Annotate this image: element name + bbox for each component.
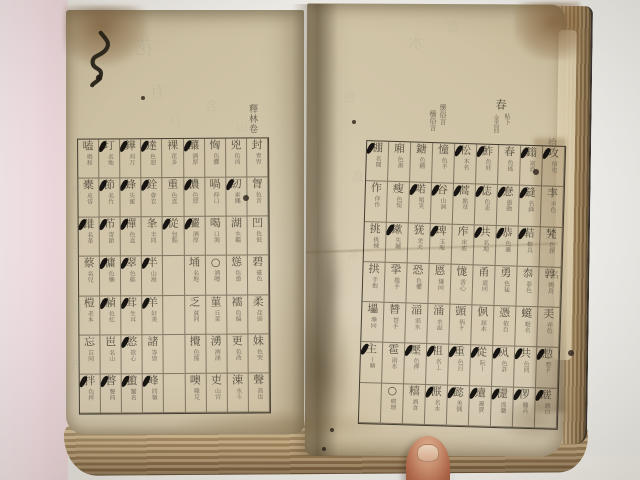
entry-cell: 作佯作	[365, 181, 388, 222]
entry-char: 攪	[190, 336, 201, 348]
entry-gloss: 色懼	[414, 277, 421, 298]
entry-gloss: 依自	[501, 320, 508, 341]
entry-gloss: 唱笑	[416, 197, 423, 218]
entry-cell: 吏山官	[206, 373, 227, 412]
entry-gloss: 色押	[412, 358, 419, 379]
entry-cell: 㭝色探	[540, 227, 563, 268]
entry-gloss: 硴色	[255, 270, 261, 291]
entry-cell	[164, 295, 185, 334]
entry-cell: 共色同	[514, 347, 537, 388]
entry-gloss: 色志	[482, 199, 489, 220]
entry-cell: 節名竹	[99, 179, 120, 218]
entry-char: 忘	[84, 336, 95, 348]
entry-char: 挑	[369, 223, 380, 235]
entry-cell: 達色迎	[141, 139, 162, 178]
entry-gloss: 美㥥	[454, 400, 461, 421]
entry-char: 喎	[210, 179, 221, 191]
entry-char: 丰	[547, 188, 558, 200]
entry-cell: 㥦慊同	[428, 264, 451, 305]
entry-gloss: 色紅	[107, 310, 113, 331]
entry-cell: 惷愚動	[497, 185, 520, 226]
entry-char: 蔡	[83, 258, 94, 270]
entry-gloss: 色捽	[87, 388, 93, 409]
entry-char: 吏	[211, 375, 222, 387]
entry-char: 湧	[211, 335, 222, 347]
entry-gloss: 名丄	[434, 359, 441, 380]
entry-gloss: 山官	[213, 388, 219, 409]
entry-cell	[163, 256, 184, 295]
entry-char: 䗴	[521, 308, 532, 320]
entry-char: 聲	[253, 374, 264, 386]
entry-char: 更	[232, 335, 243, 347]
entry-char: 橐	[83, 180, 94, 192]
entry-cell: 攻拾也	[542, 146, 565, 187]
entry-cell: 翠色碓	[121, 257, 142, 296]
entry-cell: 共名地	[474, 225, 497, 266]
entry-gloss: 好美	[150, 310, 156, 331]
entry-cell: 裸花多	[162, 139, 183, 178]
entry-cell: 恭色遜	[496, 226, 519, 267]
entry-gloss: 欲心	[129, 349, 135, 370]
entry-char: 作	[371, 183, 382, 195]
entry-cell: 甬道同	[472, 265, 495, 306]
entry-char: 㤶	[456, 266, 467, 278]
entry-gloss: 貧同	[192, 309, 198, 330]
entry-gloss: 木名	[462, 158, 469, 179]
entry-char: 恟	[209, 140, 220, 152]
entry-gloss: 色低	[255, 231, 261, 252]
entry-gloss: 名兒	[86, 271, 92, 292]
entry-gloss: 名地	[481, 239, 488, 260]
entry-cell: 諸等皆	[143, 335, 164, 374]
entry-cell: 鏵刈刀	[120, 139, 141, 178]
entry-gloss: 名地	[192, 270, 198, 291]
entry-char: 柔	[253, 296, 264, 308]
entry-gloss: 酒噌	[213, 270, 219, 291]
entry-char: 鎕	[416, 144, 427, 156]
entry-char: 㡸	[457, 225, 468, 237]
entry-gloss: 色搖	[506, 159, 513, 180]
entry-gloss: 色目	[456, 359, 463, 380]
entry-char: 憑	[499, 307, 510, 319]
entry-gloss: 酒厚	[191, 231, 197, 252]
entry-gloss: 酒食	[410, 398, 417, 419]
entry-gloss: 鶉鳥	[546, 281, 553, 302]
entry-cell: 㤗泰色	[516, 266, 539, 307]
gutter-shadow	[292, 4, 338, 456]
entry-gloss: 水鑑	[233, 231, 239, 252]
entry-gloss: 酒厚	[191, 153, 197, 174]
entry-cell: 雹雨氷	[382, 343, 405, 384]
entry-gloss: 山洞	[438, 198, 445, 219]
entry-char: 榿	[84, 297, 95, 309]
entry-cell	[359, 383, 382, 424]
entry-gloss: 色懼	[212, 153, 218, 174]
entry-cell: 㑩儸兵	[513, 387, 536, 428]
entry-gloss: 名竹	[107, 193, 113, 214]
entry-cell	[164, 374, 185, 413]
entry-cell: 㑉屈本	[471, 305, 494, 346]
entry-char: 嗑	[83, 141, 94, 153]
entry-gloss: 仰口	[212, 192, 218, 213]
entry-gloss: 阮丨	[478, 360, 485, 381]
entry-cell: 茸生耳	[121, 296, 142, 335]
entry-cell: 春色搖	[498, 145, 521, 186]
entry-cell: 封靑胄	[247, 138, 268, 177]
entry-cell: 蠞蟹名	[122, 374, 143, 413]
entry-cell: 拌色捽	[80, 374, 101, 413]
entry-gloss: 名閣	[374, 155, 381, 176]
entry-gloss: 香心	[458, 279, 465, 300]
entry-char: 㤗	[522, 268, 533, 280]
entry-char: 顗	[455, 306, 466, 318]
entry-cell: 凹色低	[247, 217, 268, 256]
entry-char: 胷	[252, 179, 263, 191]
entry-gloss: 色猛	[502, 280, 509, 301]
fingernail	[417, 444, 439, 462]
entry-gloss: 濁賣	[476, 400, 483, 421]
entry-cell: ○酒噌	[206, 256, 227, 295]
entry-gloss: 點草	[460, 198, 467, 219]
entry-gloss: 色迎	[149, 153, 155, 174]
entry-gloss: 失蜜	[128, 192, 134, 213]
entry-gloss: 色遜	[503, 240, 510, 261]
entry-gloss: 拾也	[550, 161, 557, 182]
entry-gloss: 色同	[522, 361, 529, 382]
entry-cell: 碧硴色	[248, 256, 269, 295]
entry-gloss: 山嵩	[149, 271, 155, 292]
entry-gloss: 色恿	[234, 270, 240, 291]
entry-cell: 慫色恿	[227, 256, 248, 295]
entry-gloss: 色凶	[233, 153, 239, 174]
entry-cell: 蹝名革	[79, 218, 100, 257]
entry-gloss: 老本	[86, 310, 92, 331]
entry-gloss: 玉瓶	[437, 238, 444, 259]
entry-char: 㴞	[411, 305, 422, 317]
entry-gloss: 吂同	[87, 349, 93, 370]
entry-cell: 㴨名水	[425, 385, 448, 426]
entry-gloss: 口渴	[212, 231, 218, 252]
entry-char: 喝	[210, 218, 221, 230]
entry-gloss: 酒白	[542, 402, 549, 423]
entry-cell: 釅酒厚	[184, 217, 205, 256]
entry-char: 甬	[478, 266, 489, 278]
entry-cell: 憧色不	[432, 143, 455, 184]
entry-char: 㥦	[434, 265, 445, 277]
entry-gloss: 名革	[86, 232, 92, 253]
entry-cell: 谷山洞	[431, 183, 454, 224]
entry-cell: 埇名地	[184, 256, 205, 295]
entry-gloss: 色直	[170, 192, 176, 213]
entry-gloss: 會衣	[149, 192, 155, 213]
entry-gloss: 水斗	[235, 387, 241, 408]
entry-char: 埇	[189, 257, 200, 269]
entry-gloss: 皮帒	[85, 193, 91, 214]
entry-char: 憧	[438, 144, 449, 156]
entry-gloss: 瞥同	[108, 388, 114, 409]
entry-gloss: 色搖	[192, 349, 198, 370]
entry-gloss: 㳿㶏	[498, 401, 505, 422]
entry-cell: 丰丰色	[541, 187, 564, 228]
entry-char: 岜	[105, 336, 116, 348]
entry-gloss: 索繩	[233, 192, 239, 213]
entry-cell: 主丨㫾	[360, 342, 383, 383]
entry-cell: 榿老本	[79, 296, 100, 335]
entry-cell: 噢嗥兒	[185, 374, 206, 413]
entry-gloss: 蟹名	[129, 388, 135, 409]
entry-gloss: 丨㫾	[368, 357, 375, 378]
entry-gloss: 生耳	[129, 310, 135, 331]
entry-char: 裸	[167, 140, 178, 152]
entry-cell: 更色改	[227, 334, 248, 373]
entry-cell: 㶎㳿㶏	[491, 387, 514, 428]
entry-gloss: 水溢	[435, 318, 442, 339]
entry-gloss: 滔水	[413, 318, 420, 339]
left-page-character-table: 嗑鳴和圢名地鏵刈刀達色迎裸花多釀酒厚恟色懼兇色凶封靑胄橐皮帒節名竹蜂失蜜銓會衣重…	[77, 137, 271, 414]
entry-char: 雹	[388, 344, 399, 356]
entry-cell: 顗㑂㣺	[449, 305, 472, 346]
entry-cell: 兇色凶	[226, 138, 247, 177]
entry-gloss: 鳴和	[85, 154, 91, 175]
entry-gloss: 色不	[440, 157, 447, 178]
entry-cell	[164, 335, 185, 374]
book-photo: 嗑鳴和圢名地鏵刈刀達色迎裸花多釀酒厚恟色懼兇色凶封靑胄橐皮帒節名竹蜂失蜜銓會衣重…	[0, 0, 640, 480]
entry-cell: 勇色猛	[494, 266, 517, 307]
entry-cell: 猐羌夫	[408, 223, 431, 264]
entry-char: 涷	[232, 374, 243, 386]
entry-gloss: 愚動	[504, 200, 511, 221]
entry-cell: 湧酒涌	[206, 334, 227, 373]
entry-gloss: 㨫手	[392, 277, 399, 298]
entry-gloss: 色探	[547, 241, 554, 262]
entry-char: 㺯	[543, 309, 554, 321]
entry-cell: 釀酒厚	[184, 139, 205, 178]
entry-char: 廂	[394, 143, 405, 155]
entry-gloss: 痾增	[389, 398, 396, 419]
entry-char: 拱	[368, 263, 379, 275]
entry-gloss: 刈刀	[127, 153, 133, 174]
entry-cell: 暼瞥同	[101, 374, 122, 413]
entry-char: 㬱	[389, 304, 400, 316]
entry-char: ○	[387, 385, 397, 397]
entry-cell: 橐皮帒	[78, 179, 99, 218]
entry-cell: 菫丘菜	[206, 295, 227, 334]
entry-char: ○	[211, 257, 221, 269]
entry-gloss: 羌夫	[415, 237, 422, 258]
entry-cell: 壓色押	[404, 344, 427, 385]
entry-gloss: 丰同	[149, 231, 155, 252]
entry-gloss: 弄色	[545, 322, 552, 343]
entry-gloss: 色偏	[234, 309, 240, 330]
entry-cell: 鎓富酒	[520, 146, 543, 187]
entry-gloss: 失鏽	[393, 237, 400, 258]
entry-cell: 忘吂同	[79, 335, 100, 374]
entry-cell: 紉索繩	[226, 178, 247, 217]
entry-char: 乏	[189, 296, 200, 308]
entry-gloss: 嗥兒	[192, 388, 198, 409]
entry-char: 諸	[147, 336, 158, 348]
entry-gloss: 色畨	[396, 156, 403, 177]
entry-gloss: 名水	[432, 399, 439, 420]
entry-char: 春	[504, 146, 515, 158]
entry-char: 凹	[252, 218, 263, 230]
entry-cell: 鮓色妵	[476, 144, 499, 185]
entry-gloss: 屈本	[479, 320, 486, 341]
entry-char: 恐	[412, 264, 423, 276]
entry-char: 封	[251, 139, 262, 151]
entry-char: 勇	[500, 267, 511, 279]
entry-gloss: 色厚	[191, 192, 197, 213]
entry-gloss: 色妵	[484, 159, 491, 180]
entry-cell: 半山嵩	[142, 256, 163, 295]
entry-gloss: 荏弱	[255, 309, 261, 330]
entry-gloss: 色懶	[107, 271, 113, 292]
entry-cell: 㤶香心	[450, 265, 473, 306]
entry-gloss: 㑂㣺	[457, 319, 464, 340]
entry-cell: 松木名	[454, 144, 477, 185]
entry-gloss: 等皆	[150, 349, 156, 370]
entry-cell: 聲高也	[249, 373, 270, 412]
entry-cell: 赬色紅	[100, 296, 121, 335]
entry-char: 兇	[230, 140, 241, 152]
entry-gloss: 替手	[391, 317, 398, 338]
entry-char: 瘦	[393, 183, 404, 195]
entry-cell: 銓會衣	[142, 178, 163, 217]
entry-cell: 挑挑揀	[364, 222, 387, 263]
entry-cell: 蔡名兒	[79, 257, 100, 296]
entry-gloss: 色許	[500, 361, 507, 382]
entry-char: 㑉	[477, 307, 488, 319]
entry-cell: 憑依自	[493, 306, 516, 347]
entry-gloss: 儸兵	[520, 402, 527, 423]
entry-char: 襦	[231, 296, 242, 308]
entry-cell: 䗴蜓名	[515, 307, 538, 348]
entry-cell: 柔荏弱	[248, 295, 269, 334]
entry-cell: 峰同嶺	[143, 374, 164, 413]
entry-gloss: 包點	[170, 231, 176, 252]
entry-char: 㝇	[544, 268, 555, 280]
entry-gloss: 色改	[234, 348, 240, 369]
entry-gloss: 名山	[108, 349, 114, 370]
entry-cell: ○痾增	[381, 383, 404, 424]
entry-char: 妹	[253, 335, 264, 347]
entry-cell: 慵色懶	[100, 257, 121, 296]
entry-gloss: 富酒	[528, 160, 535, 181]
entry-cell: 喏唱笑	[409, 183, 432, 224]
entry-cell: 瘦色短	[387, 182, 410, 223]
entry-cell: 重色目	[448, 345, 471, 386]
entry-cell: 㺯弄色	[537, 307, 560, 348]
entry-gloss: 丰色	[548, 201, 555, 222]
entry-cell: 懿美㥥	[447, 385, 470, 426]
entry-gloss: 色哭	[255, 348, 261, 369]
entry-cell: 糦酒食	[403, 384, 426, 425]
entry-cell: 樿色直	[121, 218, 142, 257]
entry-gloss: 慊同	[436, 278, 443, 299]
entry-char: 糦	[409, 385, 420, 397]
entry-gloss: 名地	[106, 153, 112, 174]
entry-gloss: 丘菜	[213, 309, 219, 330]
entry-gloss: 高也	[256, 387, 262, 408]
entry-gloss: 鞍具	[525, 240, 532, 261]
entry-char: 重	[167, 179, 178, 191]
entry-cell: 涷水斗	[227, 373, 248, 412]
entry-gloss: 色糖	[418, 157, 425, 178]
entry-cell: 棚名閣	[366, 141, 389, 182]
entry-gloss: 雨氷	[390, 357, 397, 378]
entry-cell: 鏠名鋒	[519, 186, 542, 227]
entry-cell: 㝇鶉鳥	[538, 267, 561, 308]
entry-cell: 㶡色許	[492, 346, 515, 387]
entry-gloss: 佯作	[372, 196, 379, 217]
entry-cell: 醝酒白	[535, 388, 558, 429]
entry-gloss: 挑揀	[371, 236, 378, 257]
entry-gloss: 色直	[128, 232, 134, 253]
entry-cell: 從阮丨	[470, 346, 493, 387]
entry-cell: 慾欲心	[122, 335, 143, 374]
entry-char: 碧	[252, 257, 263, 269]
entry-cell: 從包點	[163, 217, 184, 256]
entry-cell: 㬱替手	[383, 303, 406, 344]
entry-gloss: 色碓	[128, 271, 134, 292]
entry-gloss: 花多	[170, 153, 176, 174]
entry-cell: 䢱濁賣	[469, 386, 492, 427]
entry-cell: 㴞滔水	[405, 304, 428, 345]
entry-cell: 圢名地	[99, 139, 120, 178]
entry-gloss: 㙵同	[369, 316, 376, 337]
entry-cell: 湖水鑑	[226, 217, 247, 256]
entry-char: 涌	[433, 305, 444, 317]
entry-cell: 廂色畨	[388, 142, 411, 183]
entry-gloss: 泰色	[524, 281, 531, 302]
entry-gloss: 靑胄	[254, 152, 260, 173]
entry-cell: 襦色偏	[227, 295, 248, 334]
entry-cell: 乏貧同	[185, 295, 206, 334]
entry-cell: 重色直	[163, 178, 184, 217]
entry-cell: 濃色厚	[184, 178, 205, 217]
entry-gloss: 色短	[394, 196, 401, 217]
entry-cell: 喎仰口	[205, 178, 226, 217]
entry-cell: 愸整㣺	[536, 348, 559, 389]
entry-cell: 恟色懼	[205, 139, 226, 178]
entry-cell: 琕玉瓶	[430, 224, 453, 265]
entry-cell: 妹色哭	[248, 334, 269, 373]
entry-cell: 涌水溢	[427, 304, 450, 345]
entry-char: 猐	[413, 224, 424, 236]
entry-gloss: 名鋒	[526, 200, 533, 221]
entry-cell: 胷色音	[247, 177, 268, 216]
entry-cell: 㡸床底	[452, 224, 475, 265]
entry-cell: 羊好美	[142, 296, 163, 335]
entry-cell: 攪色搖	[185, 334, 206, 373]
entry-cell: 芇寄節	[100, 218, 121, 257]
entry-cell: 嗑鳴和	[78, 140, 99, 179]
entry-gloss: 道同	[480, 279, 487, 300]
entry-char: 菫	[210, 296, 221, 308]
entry-cell: 夆丰同	[142, 217, 163, 256]
right-page-character-table: 棚名閣廂色畨鎕色糖憧色不松木名鮓色妵春色搖鎓富酒攻拾也作佯作瘦色短喏唱笑谷山洞蒿…	[358, 140, 566, 430]
entry-gloss: 同嶺	[150, 388, 156, 409]
entry-cell: 祖名丄	[426, 344, 449, 385]
entry-char: 㭝	[545, 228, 556, 240]
entry-gloss: 寄節	[107, 232, 113, 253]
entry-gloss: 酒涌	[213, 348, 219, 369]
entry-char: 湖	[231, 218, 242, 230]
entry-cell: 鎕色糖	[410, 142, 433, 183]
entry-gloss: 色音	[254, 192, 260, 213]
entry-cell: 俧色志	[475, 185, 498, 226]
entry-cell: 鞊鞍具	[518, 226, 541, 267]
